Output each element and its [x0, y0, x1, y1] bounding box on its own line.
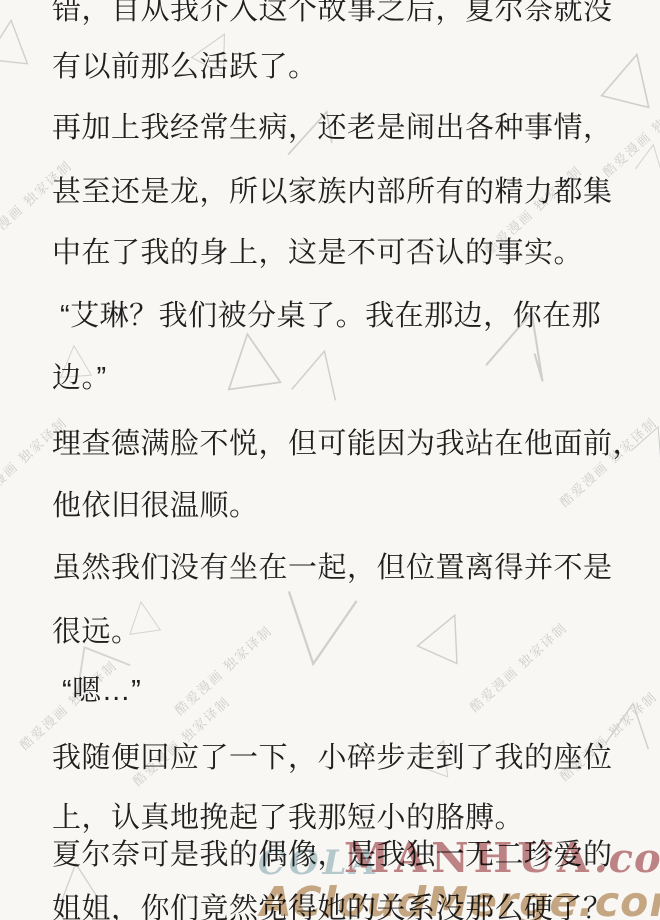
novel-reader-page: 酷爱漫画 独家译制 酷爱漫画 独家译制 酷爱漫画 独家译制 酷爱漫画 独家译制 … — [0, 0, 660, 920]
site-watermark-group: COLA MANHUA.com ACloudMerge.com — [0, 0, 660, 920]
site-watermark-main-text: MANHUA — [344, 834, 594, 882]
site-watermark-secondary: ACloudMerge.com — [260, 878, 660, 920]
site-watermark-main: MANHUA.com — [344, 834, 660, 882]
site-watermark-tld: .com — [594, 835, 660, 882]
